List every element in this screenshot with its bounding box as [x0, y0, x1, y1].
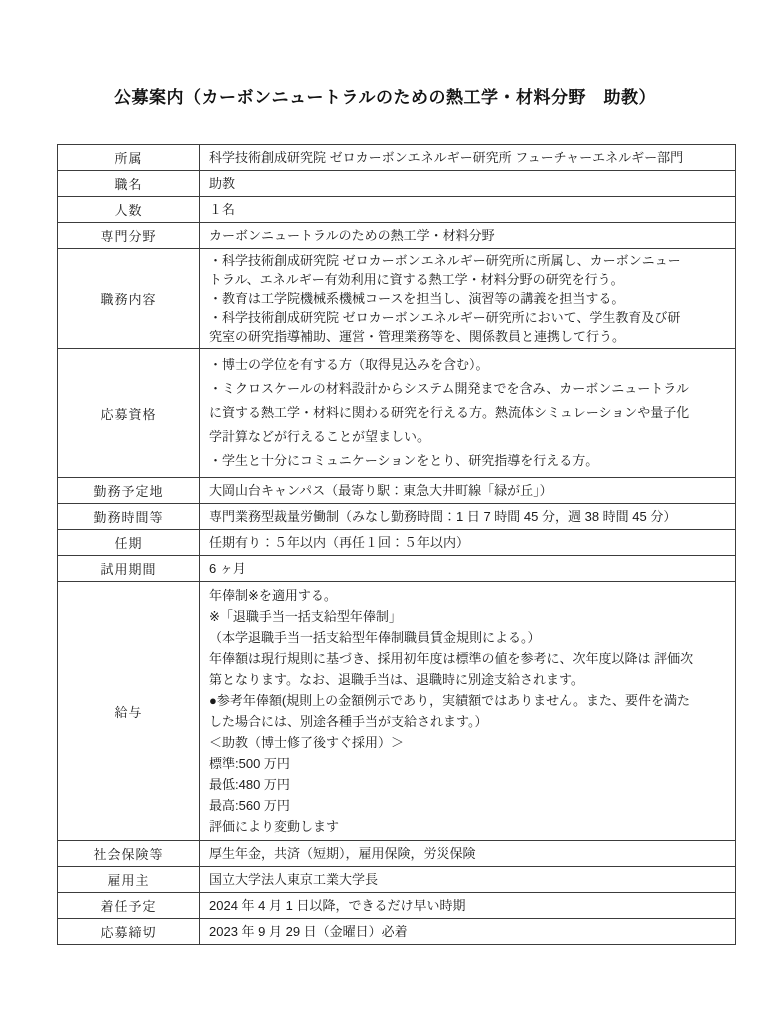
row-value: 助教 — [200, 171, 736, 197]
row-label: 任期 — [58, 530, 200, 556]
row-value-line: 6 ヶ月 — [209, 560, 729, 578]
row-value-line: 助教 — [209, 175, 729, 193]
row-label: 職務内容 — [58, 249, 200, 349]
row-value-line: 標準:500 万円 — [209, 753, 729, 774]
row-label: 専門分野 — [58, 223, 200, 249]
table-row: 勤務予定地 大岡山台キャンパス（最寄り駅：東急大井町線「緑が丘」） — [58, 478, 736, 504]
table-row: 職名 助教 — [58, 171, 736, 197]
row-value-line: 2024 年 4 月 1 日以降，できるだけ早い時期 — [209, 897, 729, 915]
row-value-line: 大岡山台キャンパス（最寄り駅：東急大井町線「緑が丘」） — [209, 482, 729, 500]
row-value: 科学技術創成研究院 ゼロカーボンエネルギー研究所 フューチャーエネルギー部門 — [200, 145, 736, 171]
row-value-line: 最高:560 万円 — [209, 795, 729, 816]
table-row: 給与 年俸制※を適用する。※「退職手当一括支給型年俸制」（本学退職手当一括支給型… — [58, 582, 736, 841]
table-row: 着任予定 2024 年 4 月 1 日以降，できるだけ早い時期 — [58, 893, 736, 919]
table-row: 社会保険等 厚生年金，共済（短期），雇用保険，労災保険 — [58, 841, 736, 867]
table-row: 勤務時間等 専門業務型裁量労働制（みなし勤務時間：1 日 7 時間 45 分，週… — [58, 504, 736, 530]
row-label: 応募資格 — [58, 349, 200, 478]
table-row: 雇用主 国立大学法人東京工業大学長 — [58, 867, 736, 893]
page-title: 公募案内（カーボンニュートラルのための熱工学・材料分野 助教） — [0, 83, 770, 108]
table-row: 専門分野 カーボンニュートラルのための熱工学・材料分野 — [58, 223, 736, 249]
row-label: 応募締切 — [58, 919, 200, 945]
table-row: 応募締切 2023 年 9 月 29 日（金曜日）必着 — [58, 919, 736, 945]
row-value: 厚生年金，共済（短期），雇用保険，労災保険 — [200, 841, 736, 867]
row-value: １名 — [200, 197, 736, 223]
table-row: 所属 科学技術創成研究院 ゼロカーボンエネルギー研究所 フューチャーエネルギー部… — [58, 145, 736, 171]
row-value-line: 厚生年金，共済（短期），雇用保険，労災保険 — [209, 845, 729, 863]
row-value-line: ※「退職手当一括支給型年俸制」 — [209, 606, 729, 627]
row-value: 2024 年 4 月 1 日以降，できるだけ早い時期 — [200, 893, 736, 919]
table-row: 職務内容 ・科学技術創成研究院 ゼロカーボンエネルギー研究所に所属し、カーボンニ… — [58, 249, 736, 349]
row-value-line: １名 — [209, 201, 729, 219]
row-value-line: に資する熱工学・材料に関わる研究を行える方。熱流体シミュレーションや量子化 — [209, 401, 729, 425]
row-label: 着任予定 — [58, 893, 200, 919]
row-value-line: ・博士の学位を有する方（取得見込みを含む）。 — [209, 353, 729, 377]
row-value-line: 任期有り：５年以内（再任１回：５年以内） — [209, 534, 729, 552]
row-value-line: した場合には、別途各種手当が支給されます。） — [209, 711, 729, 732]
row-value-line: 科学技術創成研究院 ゼロカーボンエネルギー研究所 フューチャーエネルギー部門 — [209, 149, 729, 167]
row-value: 2023 年 9 月 29 日（金曜日）必着 — [200, 919, 736, 945]
row-value: ・博士の学位を有する方（取得見込みを含む）。・ミクロスケールの材料設計からシステ… — [200, 349, 736, 478]
document-page: 公募案内（カーボンニュートラルのための熱工学・材料分野 助教） 所属 科学技術創… — [0, 0, 770, 1024]
row-value-line: ・科学技術創成研究院 ゼロカーボンエネルギー研究所に所属し、カーボンニュー — [209, 251, 729, 270]
row-value: 専門業務型裁量労働制（みなし勤務時間：1 日 7 時間 45 分，週 38 時間… — [200, 504, 736, 530]
row-value-line: ・科学技術創成研究院 ゼロカーボンエネルギー研究所において、学生教育及び研 — [209, 308, 729, 327]
row-value-line: ＜助教（博士修了後すぐ採用）＞ — [209, 732, 729, 753]
row-label: 試用期間 — [58, 556, 200, 582]
table-row: 任期 任期有り：５年以内（再任１回：５年以内） — [58, 530, 736, 556]
row-value-line: ・教育は工学院機械系機械コースを担当し、演習等の講義を担当する。 — [209, 289, 729, 308]
row-value-line: 評価により変動します — [209, 816, 729, 837]
row-value: 6 ヶ月 — [200, 556, 736, 582]
row-label: 職名 — [58, 171, 200, 197]
row-value: 国立大学法人東京工業大学長 — [200, 867, 736, 893]
row-label: 勤務時間等 — [58, 504, 200, 530]
row-value-line: 最低:480 万円 — [209, 774, 729, 795]
row-value-line: 究室の研究指導補助、運営・管理業務等を、関係教員と連携して行う。 — [209, 327, 729, 346]
table-row: 人数 １名 — [58, 197, 736, 223]
row-value-line: 年俸制※を適用する。 — [209, 585, 729, 606]
row-value: 大岡山台キャンパス（最寄り駅：東急大井町線「緑が丘」） — [200, 478, 736, 504]
row-value: 任期有り：５年以内（再任１回：５年以内） — [200, 530, 736, 556]
row-value-line: 第となります。なお、退職手当は、退職時に別途支給されます。 — [209, 669, 729, 690]
row-label: 雇用主 — [58, 867, 200, 893]
row-value-line: 国立大学法人東京工業大学長 — [209, 871, 729, 889]
row-label: 社会保険等 — [58, 841, 200, 867]
row-label: 勤務予定地 — [58, 478, 200, 504]
row-value: カーボンニュートラルのための熱工学・材料分野 — [200, 223, 736, 249]
table-row: 応募資格 ・博士の学位を有する方（取得見込みを含む）。・ミクロスケールの材料設計… — [58, 349, 736, 478]
row-label: 給与 — [58, 582, 200, 841]
row-value-line: ・学生と十分にコミュニケーションをとり、研究指導を行える方。 — [209, 449, 729, 473]
row-label: 所属 — [58, 145, 200, 171]
row-value-line: ・ミクロスケールの材料設計からシステム開発までを含み、カーボンニュートラル — [209, 377, 729, 401]
row-label: 人数 — [58, 197, 200, 223]
row-value-line: 年俸額は現行規則に基づき、採用初年度は標準の値を参考に、次年度以降は 評価次 — [209, 648, 729, 669]
row-value-line: 学計算などが行えることが望ましい。 — [209, 425, 729, 449]
job-posting-table: 所属 科学技術創成研究院 ゼロカーボンエネルギー研究所 フューチャーエネルギー部… — [57, 144, 736, 945]
row-value-line: （本学退職手当一括支給型年俸制職員賃金規則による。） — [209, 627, 729, 648]
row-value: 年俸制※を適用する。※「退職手当一括支給型年俸制」（本学退職手当一括支給型年俸制… — [200, 582, 736, 841]
row-value-line: トラル、エネルギー有効利用に資する熱工学・材料分野の研究を行う。 — [209, 270, 729, 289]
row-value-line: 専門業務型裁量労働制（みなし勤務時間：1 日 7 時間 45 分，週 38 時間… — [209, 508, 729, 526]
row-value-line: ●参考年俸額(規則上の金額例示であり，実績額ではありません。また、要件を満た — [209, 690, 729, 711]
table-row: 試用期間 6 ヶ月 — [58, 556, 736, 582]
job-posting-table-body: 所属 科学技術創成研究院 ゼロカーボンエネルギー研究所 フューチャーエネルギー部… — [58, 145, 736, 945]
row-value: ・科学技術創成研究院 ゼロカーボンエネルギー研究所に所属し、カーボンニュートラル… — [200, 249, 736, 349]
row-value-line: カーボンニュートラルのための熱工学・材料分野 — [209, 227, 729, 245]
row-value-line: 2023 年 9 月 29 日（金曜日）必着 — [209, 923, 729, 941]
